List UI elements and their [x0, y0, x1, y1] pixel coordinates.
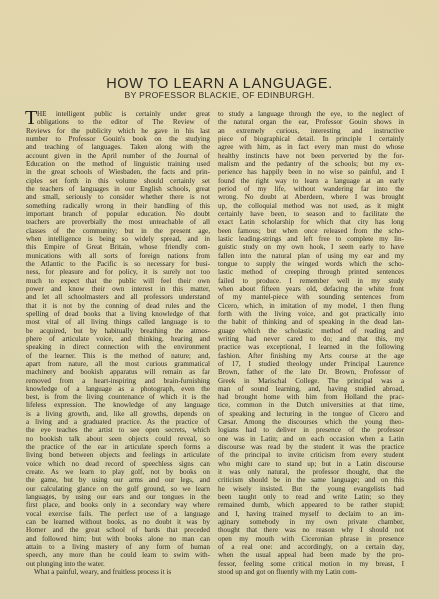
text-line: vocal exercise fails. The perfect use of…: [26, 510, 210, 518]
text-line: tice, common in the Dutch universities a…: [218, 401, 404, 409]
text-line: been famous; but when once released from…: [218, 227, 404, 235]
text-line: obligations to the editor of The Review …: [26, 118, 210, 126]
right-column-text: to study a language through the eye, to …: [218, 110, 404, 576]
text-line: writing had never cared to do; and that …: [218, 335, 404, 343]
text-line: apart from nature, all the most curious …: [26, 360, 210, 368]
text-line: removed from a heart-inspiring and brain…: [26, 377, 210, 385]
text-line: living bond between objects and feelings…: [26, 451, 210, 459]
text-line: spelling of dead books that a living kno…: [26, 310, 210, 318]
text-line: attain to a living mastery of any form o…: [26, 543, 210, 551]
text-line: stood up and got on fluently with my Lat…: [218, 568, 404, 576]
text-line: knowledge of a language as a photograph,…: [26, 385, 210, 393]
text-line: tongue to supply the winged words which …: [218, 260, 404, 268]
text-line: Cicero, which, in imitation of my model,…: [218, 302, 404, 310]
text-line: found the right way to learn a language …: [218, 177, 404, 185]
text-line: lastic leading-strings and left free to …: [218, 235, 404, 243]
text-line: Reviews for the publicity which he gave …: [26, 127, 210, 135]
text-line: ciples set forth in this volume should c…: [26, 177, 210, 185]
text-line: account given in the April number of the…: [26, 152, 210, 160]
text-line: remained dumb, which appeared to be rath…: [218, 501, 404, 509]
text-line: guage which the scholastic method of rea…: [218, 327, 404, 335]
text-line: failed to produce. I remember well in my…: [218, 277, 404, 285]
text-line: speech, any more than he could learn to …: [26, 551, 210, 559]
text-line: open my mouth with Ciceronian phrase in …: [218, 535, 404, 543]
text-line: ness, for pleasure and for policy, it is…: [26, 268, 210, 276]
text-line: he wisely insisted. But the young evange…: [218, 485, 404, 493]
text-line: one was in Latin; and on each occasion w…: [218, 435, 404, 443]
text-line: certainly have been, to season and to fa…: [218, 210, 404, 218]
text-line: the teachers of languages in our English…: [26, 185, 210, 193]
text-line: period of my life, without wandering far…: [218, 185, 404, 193]
text-line: teachers are proverbially the most untea…: [26, 218, 210, 226]
text-line: the habit of thinking and of speaking in…: [218, 318, 404, 326]
text-line: speaking in direct connection with the e…: [26, 343, 210, 351]
text-line: healthy instincts have not been perverte…: [218, 152, 404, 160]
text-line: classes of the community; but in the pre…: [26, 227, 210, 235]
text-line: and I, having trained myself to declaim …: [218, 510, 404, 518]
text-line: exact Latin scholarship for which that c…: [218, 218, 404, 226]
text-line: Homer and the great school of bards that…: [26, 526, 210, 534]
text-line: when about fifteen years old, defacing t…: [218, 285, 404, 293]
left-column: T HE intelligent public is certainly und…: [26, 110, 210, 576]
text-line: wrong. No doubt at Aberdeen, where I was…: [218, 193, 404, 201]
text-line: phere of articulate voice, and thinking,…: [26, 335, 210, 343]
text-line: something radically wrong in their handl…: [26, 202, 210, 210]
text-line: and teaching of languages. Taken along w…: [26, 143, 210, 151]
text-line: the eye teaches the artist to see open s…: [26, 426, 210, 434]
text-line: fessor, feeling some critical motion in …: [218, 560, 404, 568]
text-line: HE intelligent public is certainly under…: [26, 110, 210, 118]
text-line: an extremely curious, interesting and in…: [218, 127, 404, 135]
text-line: What a painful, weary, and fruitless pro…: [26, 568, 210, 576]
text-line: logians had to deliver in presence of th…: [218, 426, 404, 434]
left-column-text: HE intelligent public is certainly under…: [26, 110, 210, 576]
text-line: important branch of popular education. N…: [26, 210, 210, 218]
text-line: of speaking and lecturing in the tongue …: [218, 410, 404, 418]
text-line: the natural organ the ear, Professor Gou…: [218, 118, 404, 126]
text-line: Greek in Marischal College. The principa…: [218, 377, 404, 385]
text-line: agree with him, as in fact every man mus…: [218, 143, 404, 151]
text-line: much to expect that the public will feel…: [26, 277, 210, 285]
text-line: of the learner. This is the method of na…: [26, 352, 210, 360]
text-line: and small, seriously to consider whether…: [26, 193, 210, 201]
text-line: most vital of all living things called l…: [26, 318, 210, 326]
text-line: guistic study on my own hook, I seem ear…: [218, 243, 404, 251]
text-line: up, the colloquial method was not used, …: [218, 202, 404, 210]
text-line: when the usual appeal had been made by t…: [218, 551, 404, 559]
text-line: power and know their own interest in thi…: [26, 285, 210, 293]
text-line: malism and the pedantry of the schools; …: [218, 160, 404, 168]
text-line: man of sound learning, and, having studi…: [218, 385, 404, 393]
text-line: been taught only to read and write Latin…: [218, 493, 404, 501]
text-line: first place, and books only in a seconda…: [26, 501, 210, 509]
text-line: criticism should be in the same language…: [218, 476, 404, 484]
text-line: out plunging into the water.: [26, 560, 210, 568]
text-line: voice which no dead record of speechless…: [26, 460, 210, 468]
text-line: machinery and bookish apparatus will rem…: [26, 368, 210, 376]
text-line: of 17, I studied theology under Principa…: [218, 360, 404, 368]
text-line: and followed him; but with books alone n…: [26, 535, 210, 543]
text-line: thought that there was no reason why I s…: [218, 526, 404, 534]
text-line: piece of biographical detail. In princip…: [218, 135, 404, 143]
text-line: languages, by using our ears and our ton…: [26, 493, 210, 501]
text-line: it was only natural, the professor thoug…: [218, 468, 404, 476]
text-line: aginary somebody in my own private chamb…: [218, 518, 404, 526]
text-line: the game, but by using our arms and our …: [26, 476, 210, 484]
text-line: a living and a graduated practice. As th…: [26, 418, 210, 426]
text-line: Education on the method of linguistic tr…: [26, 160, 210, 168]
text-line: no bookish talk about seen objects could…: [26, 435, 210, 443]
text-line: lastic method of creeping through printe…: [218, 268, 404, 276]
text-line: of a real one: and accordingly, on a cer…: [218, 543, 404, 551]
text-line: the practice of the ear in articulate sp…: [26, 443, 210, 451]
text-line: in the great schools of Wiesbaden, the f…: [26, 168, 210, 176]
text-line: discourse was read by the student it was…: [218, 443, 404, 451]
text-line: to study a language through the eye, to …: [218, 110, 404, 118]
text-line: be acquired, but by habitually breathing…: [26, 327, 210, 335]
text-line: best, is from the living countenance of …: [26, 393, 210, 401]
text-line: can be learned without books, as no doub…: [26, 518, 210, 526]
text-line: number to Professor Gouin's book on the …: [26, 135, 210, 143]
right-column: to study a language through the eye, to …: [218, 110, 404, 576]
text-line: Cæsar. Among the discourses which the yo…: [218, 418, 404, 426]
text-line: munications with all sorts of foreign na…: [26, 252, 210, 260]
text-line: create. As we learn to play golf, not by…: [26, 468, 210, 476]
text-line: fallen into the natural plan of using my…: [218, 252, 404, 260]
drop-cap: T: [25, 109, 37, 127]
text-line: Brown, father of the late Dr. Brown, Pro…: [218, 368, 404, 376]
text-line: lifeless expression. The knowledge of an…: [26, 401, 210, 409]
text-line: that it is not by the conning of dead ru…: [26, 302, 210, 310]
text-line: is a living growth, and, like all growth…: [26, 410, 210, 418]
text-line: of the principal to invite criticism fro…: [218, 451, 404, 459]
text-line: forth with the living voice, and got pra…: [218, 310, 404, 318]
text-line: the Atlantic to the Pacific is so necess…: [26, 260, 210, 268]
text-line: perience has happily been in no wise so …: [218, 168, 404, 176]
article-byline: BY PROFESSOR BLACKIE, OF EDINBURGH.: [0, 90, 439, 100]
text-line: had brought home with him from Holland t…: [218, 393, 404, 401]
text-line: of my mantel-piece with sounding sentenc…: [218, 293, 404, 301]
text-line: our calculating glance on the golf groun…: [26, 485, 210, 493]
text-line: this Empire of Great Britain, whose frie…: [26, 243, 210, 251]
text-line: when intelligence is being so widely spr…: [26, 235, 210, 243]
text-line: fashion. After finishing my Arts course …: [218, 352, 404, 360]
text-line: practice was exceptional, I learned in t…: [218, 343, 404, 351]
text-line: and let all schoolmasters and all profes…: [26, 293, 210, 301]
text-line: who might care to stand up; but in a Lat…: [218, 460, 404, 468]
